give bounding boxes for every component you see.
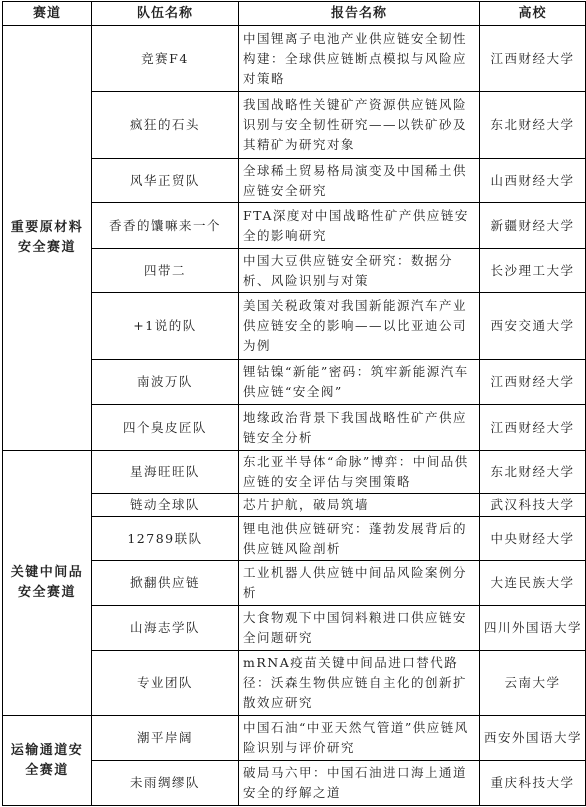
team-name-cell: 专业团队 <box>92 651 239 716</box>
report-title-cell: 中国锂离子电池产业供应链安全韧性构建：全球供应链断点模拟与风险应对策略 <box>239 26 480 92</box>
report-title-cell: 破局马六甲：中国石油进口海上通道安全的纾解之道 <box>239 761 480 806</box>
team-name-cell: 疯狂的石头 <box>92 92 239 159</box>
team-name-cell: 掀翻供应链 <box>92 561 239 606</box>
school-cell: 武汉科技大学 <box>480 494 586 517</box>
track-name-line: 全赛道 <box>7 761 87 781</box>
school-cell: 中央财经大学 <box>480 517 586 561</box>
report-title-cell: 中国石油“中亚天然气管道”供应链风险识别与评价研究 <box>239 716 480 761</box>
team-name-cell: 四带二 <box>92 249 239 293</box>
track-name-cell: 运输通道安全赛道 <box>3 716 92 806</box>
table-row: 关键中间品安全赛道星海旺旺队东北亚半导体“命脉”博弈：中间品供应链的安全评估与突… <box>3 451 586 494</box>
table-row: 运输通道安全赛道潮平岸阔中国石油“中亚天然气管道”供应链风险识别与评价研究西安外… <box>3 716 586 761</box>
school-cell: 新疆财经大学 <box>480 203 586 249</box>
team-name-cell: 12789联队 <box>92 517 239 561</box>
header-row: 赛道 队伍名称 报告名称 高校 <box>3 2 586 26</box>
awards-table: 赛道 队伍名称 报告名称 高校 重要原材料安全赛道竞赛F4中国锂离子电池产业供应… <box>2 1 586 806</box>
team-name-cell: 潮平岸阔 <box>92 716 239 761</box>
report-title-cell: 工业机器人供应链中间品风险案例分析 <box>239 561 480 606</box>
team-name-cell: 竞赛F4 <box>92 26 239 92</box>
team-name-cell: 山海志学队 <box>92 606 239 651</box>
school-cell: 山西财经大学 <box>480 159 586 203</box>
report-title-cell: 锂钴镍“新能”密码：筑牢新能源汽车供应链“安全阀” <box>239 360 480 405</box>
report-title-cell: 美国关税政策对我国新能源汽车产业供应链安全的影响——以比亚迪公司为例 <box>239 293 480 360</box>
track-name-line: 安全赛道 <box>7 238 87 258</box>
school-cell: 东北财经大学 <box>480 92 586 159</box>
team-name-cell: 南波万队 <box>92 360 239 405</box>
report-title-cell: 地缘政治背景下我国战略性矿产供应链安全分析 <box>239 405 480 451</box>
team-name-cell: 风华正贸队 <box>92 159 239 203</box>
report-title-cell: 全球稀土贸易格局演变及中国稀土供应链安全研究 <box>239 159 480 203</box>
report-title-cell: 东北亚半导体“命脉”博弈：中间品供应链的安全评估与突围策略 <box>239 451 480 494</box>
header-track: 赛道 <box>3 2 92 26</box>
team-name-cell: 未雨绸缪队 <box>92 761 239 806</box>
report-title-cell: mRNA疫苗关键中间品进口替代路径：沃森生物供应链自主化的创新扩散效应研究 <box>239 651 480 716</box>
school-cell: 江西财经大学 <box>480 360 586 405</box>
school-cell: 四川外国语大学 <box>480 606 586 651</box>
track-name-line: 关键中间品 <box>7 563 87 583</box>
school-cell: 重庆科技大学 <box>480 761 586 806</box>
header-team: 队伍名称 <box>92 2 239 26</box>
report-title-cell: 我国战略性关键矿产资源供应链风险识别与安全韧性研究——以铁矿砂及其精矿为研究对象 <box>239 92 480 159</box>
team-name-cell: 链动全球队 <box>92 494 239 517</box>
school-cell: 长沙理工大学 <box>480 249 586 293</box>
track-name-cell: 关键中间品安全赛道 <box>3 451 92 716</box>
track-name-line: 安全赛道 <box>7 583 87 603</box>
team-name-cell: +1说的队 <box>92 293 239 360</box>
table-body: 重要原材料安全赛道竞赛F4中国锂离子电池产业供应链安全韧性构建：全球供应链断点模… <box>3 26 586 806</box>
header-school: 高校 <box>480 2 586 26</box>
report-title-cell: 芯片护航，破局筑墙 <box>239 494 480 517</box>
school-cell: 东北财经大学 <box>480 451 586 494</box>
track-name-cell: 重要原材料安全赛道 <box>3 26 92 451</box>
track-name-line: 重要原材料 <box>7 218 87 238</box>
school-cell: 西安外国语大学 <box>480 716 586 761</box>
report-title-cell: 锂电池供应链研究：蓬勃发展背后的供应链风险剖析 <box>239 517 480 561</box>
header-report: 报告名称 <box>239 2 480 26</box>
team-name-cell: 星海旺旺队 <box>92 451 239 494</box>
team-name-cell: 香香的馕嘛来一个 <box>92 203 239 249</box>
school-cell: 江西财经大学 <box>480 405 586 451</box>
table-row: 重要原材料安全赛道竞赛F4中国锂离子电池产业供应链安全韧性构建：全球供应链断点模… <box>3 26 586 92</box>
school-cell: 云南大学 <box>480 651 586 716</box>
school-cell: 西安交通大学 <box>480 293 586 360</box>
report-title-cell: 中国大豆供应链安全研究：数据分析、风险识别与对策 <box>239 249 480 293</box>
report-title-cell: FTA深度对中国战略性矿产供应链安全的影响研究 <box>239 203 480 249</box>
team-name-cell: 四个臭皮匠队 <box>92 405 239 451</box>
school-cell: 大连民族大学 <box>480 561 586 606</box>
report-title-cell: 大食物观下中国饲料粮进口供应链安全问题研究 <box>239 606 480 651</box>
school-cell: 江西财经大学 <box>480 26 586 92</box>
track-name-line: 运输通道安 <box>7 741 87 761</box>
